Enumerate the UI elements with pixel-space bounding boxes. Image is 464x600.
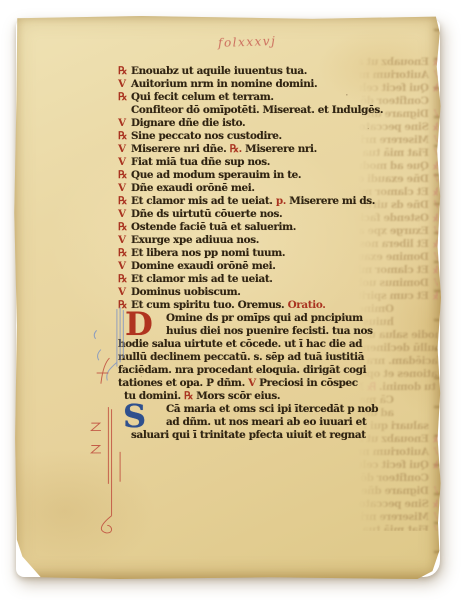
text-segment: Exurge xpe adiuua nos. [131, 234, 259, 246]
versicle-marker: ℞ [118, 247, 131, 260]
text-line: VFiat miā tua dñe sup nos. [358, 524, 438, 531]
versicle-marker: ℞ [429, 264, 438, 277]
text-segment: Confiteor dō omīpotēti. Misereat. et Ind… [131, 104, 383, 116]
text-segment: Enouabz ut aquile iuuentus tua. [131, 65, 307, 77]
text-line: Omine ds pr omīps qui ad pncipium [358, 303, 438, 316]
text-segment: V [248, 377, 256, 389]
text-segment: ad dñm. ut nos meari ab eo iuuari et [166, 416, 366, 428]
versicle-marker: V [118, 260, 131, 273]
versicle-marker: V [429, 199, 438, 212]
versicle-marker: V [118, 182, 131, 195]
text-line: nullū declinem peccatū. s. sēp ad tuā iu… [358, 342, 438, 355]
text-segment: Fiat miā tua dñe sup nos. [131, 156, 270, 168]
verso-ghost-lines: ℞Enouabz ut aquile iuuentus tua.VAuitori… [358, 56, 438, 531]
text-segment: Que ad modum sperauim in te. [131, 169, 301, 181]
versicle-marker: ℞ [429, 459, 438, 472]
versicle-marker: V [429, 147, 438, 160]
text-line: VDignare dñe die isto. [118, 117, 370, 130]
text-line: VFiat miā tua dñe sup nos. [358, 147, 438, 160]
text-line: ℞Enouabz ut aquile iuuentus tua. [358, 56, 438, 69]
versicle-marker: V [429, 108, 438, 121]
text-segment: Sine peccato nos custodire. [131, 130, 282, 142]
text-segment: Miserere nri dñe. [358, 511, 429, 523]
versicle-marker: ℞ [118, 169, 131, 182]
versicle-marker: ℞ [118, 221, 131, 234]
text-segment: Et clamor mis ad te ueiat. [131, 195, 276, 207]
text-segment: tu domini. [376, 381, 436, 393]
text-line: hodie salua uirtute et cōcede. ut ī hac … [118, 338, 370, 351]
verso-showthrough: ℞Enouabz ut aquile iuuentus tua.VAuitori… [358, 56, 438, 531]
text-line: ℞Ostende faciē tuā et saluerim. [118, 221, 370, 234]
versicle-marker: V [429, 173, 438, 186]
text-line: VMiserere nri dñe. ℞. Miserere nri. [358, 134, 438, 147]
text-segment: tationes et opa. P dñm. [118, 377, 248, 389]
text-line: saluari qui ī trinitate pfecta uiuit et … [118, 429, 370, 442]
versicle-marker: V [429, 446, 438, 459]
text-line: VDñe exaudi orōnē mei. [358, 173, 438, 186]
text-line: tu domini. ℞ Mors scōr eius. [118, 390, 370, 403]
versicle-marker: ℞ [118, 273, 131, 286]
text-line: VDomine exaudi orōnē mei. [118, 260, 370, 273]
text-segment: Auitorium nrm in nomine domini. [131, 78, 317, 90]
versicle-marker: ℞ [429, 121, 438, 134]
text-segment: ℞. [230, 143, 242, 155]
versicle-marker: ℞ [118, 65, 131, 78]
text-line: Omine ds pr omīps qui ad pncipium [118, 312, 370, 325]
versicle-marker: V [429, 511, 438, 524]
text-line: ℞Sine peccato nos custodire. [118, 130, 370, 143]
text-segment: Auitorium nrm in nomine domini. [358, 446, 429, 458]
versicle-marker: V [118, 117, 131, 130]
versicle-marker: V [118, 156, 131, 169]
text-segment: Miserere nri dñe. [131, 143, 230, 155]
text-segment: Confiteor dō omīpotēti. Misereat. et Ind… [358, 472, 429, 484]
text-line: VDomine exaudi orōnē mei. [358, 251, 438, 264]
versicle-marker: ℞ [429, 433, 438, 446]
text-segment: Et cum spiritu tuo. Oremus. [131, 299, 288, 311]
text-segment: Preciosi in cōspec [256, 377, 358, 389]
fold-crease [20, 580, 46, 598]
text-segment: saluari qui ī trinitate pfecta uiuit et … [131, 429, 366, 441]
text-segment: Dñe exaudi orōnē mei. [131, 182, 255, 194]
text-line: nullū declinem peccatū. s. sēp ad tuā iu… [118, 351, 370, 364]
text-line: ℞Que ad modum sperauim in te. [358, 160, 438, 173]
text-line: ℞Et libera nos pp nomi tuum. [118, 247, 370, 260]
text-line: VAuitorium nrm in nomine domini. [358, 69, 438, 82]
text-line: tationes et opa. P dñm. V Preciosi in cō… [358, 368, 438, 381]
text-line: VFiat miā tua dñe sup nos. [118, 156, 370, 169]
text-segment: huius diei nos puenire fecisti. tua nos [166, 325, 373, 337]
text-segment: nullū declinem peccatū. s. sēp ad tuā iu… [358, 342, 438, 354]
text-line: ad dñm. ut nos meari ab eo iuuari et [118, 416, 370, 429]
text-segment: p. [276, 195, 286, 207]
text-line: saluari qui ī trinitate pfecta uiuit et … [358, 420, 438, 433]
versicle-marker: ℞ [429, 160, 438, 173]
text-line: ℞Et clamor mis ad te ueiat. p. Miserere … [118, 195, 370, 208]
versicle-marker: ℞ [429, 56, 438, 69]
text-line: ℞Que ad modum sperauim in te. [118, 169, 370, 182]
versicle-marker: V [429, 277, 438, 290]
text-line: ℞Et clamor mis ad te ueiat. [358, 264, 438, 277]
text-segment: Fiat miā tua dñe sup nos. [358, 524, 429, 531]
text-line: faciēdam. nra procedant eloquia. dirigāt… [358, 355, 438, 368]
text-segment: Oratio. [288, 299, 326, 311]
versicle-marker: V [429, 485, 438, 498]
versicle-marker: V [429, 251, 438, 264]
text-line: VDñe ds uirtutū cōuerte nos. [118, 208, 370, 221]
text-segment: Cā maria et oms sci ipi ītercedāt p nob [166, 403, 378, 415]
text-line: faciēdam. nra procedant eloquia. dirigāt… [118, 364, 370, 377]
text-line: VAuitorium nrm in nomine domini. [358, 446, 438, 459]
parchment-leaf: folxxxvj ℞Enouabz ut aquile iuuentus tua… [13, 16, 441, 579]
text-segment: nullū declinem peccatū. s. sēp ad tuā iu… [118, 351, 364, 363]
text-segment: Miserere nri. [242, 143, 317, 155]
text-segment: Mors scōr eius. [193, 390, 280, 402]
text-line: ℞Et clamor mis ad te ueiat. [118, 273, 370, 286]
versicle-marker: V [118, 234, 131, 247]
text-line: ℞Qui fecit celum et terram. [358, 459, 438, 472]
versicle-marker: V [429, 524, 438, 531]
text-segment: hodie salua uirtute et cōcede. ut ī hac … [118, 338, 362, 350]
text-line: huius diei nos puenire fecisti. tua nos [118, 325, 370, 338]
manuscript-photo: folxxxvj ℞Enouabz ut aquile iuuentus tua… [0, 0, 464, 600]
versicle-marker: V [118, 286, 131, 299]
versicle-marker: ℞ [429, 186, 438, 199]
versicle-marker: V [118, 78, 131, 91]
text-segment: Et libera nos pp nomi tuum. [131, 247, 285, 259]
folio-inscription: folxxxvj [218, 34, 277, 50]
text-segment: Sine peccato nos custodire. [358, 498, 429, 510]
text-segment: Miserere mi ds. [286, 195, 375, 207]
text-line: VExurge xpe adiuua nos. [358, 225, 438, 238]
text-line: VExurge xpe adiuua nos. [118, 234, 370, 247]
versicle-marker: V [118, 143, 131, 156]
versicle-marker: ℞ [429, 498, 438, 511]
text-line: VMiserere nri dñe. ℞. Miserere nri. [118, 143, 370, 156]
text-segment: ℞ [184, 390, 193, 402]
text-segment: Dominus uobiscum. [131, 286, 241, 298]
text-line: VDignare dñe die isto. [358, 485, 438, 498]
text-line: ℞Qui fecit celum et terram. [358, 82, 438, 95]
versicle-marker: V [118, 208, 131, 221]
text-segment: Qui fecit celum et terram. [358, 459, 429, 471]
text-segment: Omine ds pr omīps qui ad pncipium [166, 312, 363, 324]
text-line: ℞Et cum spiritu tuo. Oremus. Oratio. [358, 290, 438, 303]
text-segment: Ostende faciē tuā et saluerim. [131, 221, 296, 233]
text-line: Confiteor dō omīpotēti. Misereat. et Ind… [118, 104, 370, 117]
text-line: ℞Ostende faciē tuā et saluerim. [358, 212, 438, 225]
text-line: ℞Enouabz ut aquile iuuentus tua. [358, 433, 438, 446]
initial-d: D [125, 308, 153, 340]
red-filigree [91, 358, 120, 533]
versicle-marker: V [429, 69, 438, 82]
versicle-marker: ℞ [429, 212, 438, 225]
text-line: tu domini. ℞ Mors scōr eius. [358, 381, 438, 394]
text-line: ℞Et cum spiritu tuo. Oremus. Oratio. [118, 299, 370, 312]
versicle-marker: ℞ [118, 195, 131, 208]
text-line: Confiteor dō omīpotēti. Misereat. et Ind… [358, 472, 438, 485]
text-segment: faciēdam. nra procedant eloquia. dirigāt… [118, 364, 366, 376]
text-line: Cā maria et oms sci ipi ītercedāt p nob [118, 403, 370, 416]
text-segment: Domine exaudi orōnē mei. [131, 260, 275, 272]
versicle-marker: ℞ [429, 82, 438, 95]
text-segment: Dignare dñe die isto. [131, 117, 245, 129]
text-line: ℞Enouabz ut aquile iuuentus tua. [118, 65, 370, 78]
text-segment: Dignare dñe die isto. [358, 485, 429, 497]
versicle-marker: ℞ [429, 290, 438, 303]
text-segment: tationes et opa. P dñm. [358, 368, 438, 380]
text-line: VDñe exaudi orōnē mei. [118, 182, 370, 195]
text-line: ℞Qui fecit celum et terram. [118, 91, 370, 104]
text-block: D S ℞Enouabz ut aquile iuuentus tua.VAui… [118, 65, 370, 442]
versicle-marker: ℞ [118, 130, 131, 143]
text-segment: faciēdam. nra procedant eloquia. dirigāt… [358, 355, 438, 367]
versicle-marker: V [429, 225, 438, 238]
versicle-marker: V [429, 134, 438, 147]
text-segment: Dñe ds uirtutū cōuerte nos. [131, 208, 282, 220]
initial-s: S [123, 400, 146, 432]
text-line: tationes et opa. P dñm. V Preciosi in cō… [118, 377, 370, 390]
text-line: VAuitorium nrm in nomine domini. [118, 78, 370, 91]
text-segment: Qui fecit celum et terram. [131, 91, 274, 103]
text-line: ℞Sine peccato nos custodire. [358, 498, 438, 511]
versicle-marker: ℞ [429, 238, 438, 251]
text-segment: Et clamor mis ad te ueiat. [131, 273, 273, 285]
text-line: VDominus uobiscum. [358, 277, 438, 290]
text-line: VDominus uobiscum. [118, 286, 370, 299]
text-line: ℞Et libera nos pp nomi tuum. [358, 238, 438, 251]
text-line: ℞Sine peccato nos custodire. [358, 121, 438, 134]
text-line: VMiserere nri dñe. ℞. Miserere nri. [358, 511, 438, 524]
versicle-marker: ℞ [118, 91, 131, 104]
